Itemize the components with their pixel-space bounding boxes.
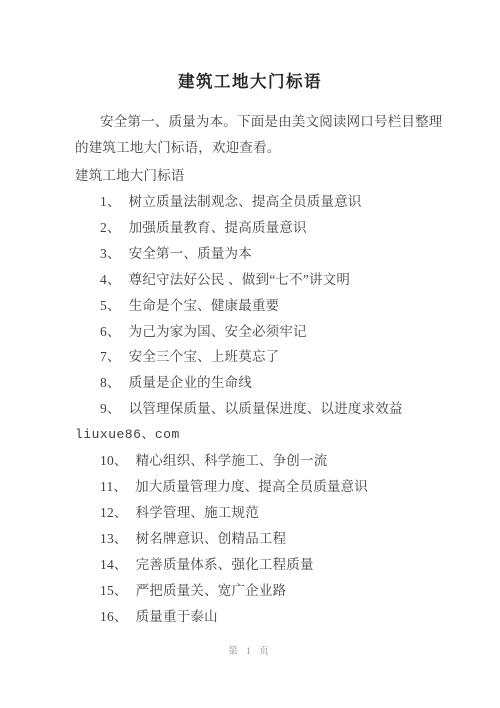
list-item-number: 10、 bbox=[100, 448, 128, 474]
list-item: 2、加强质量教育、提高质量意识 bbox=[75, 215, 470, 241]
list-item: 1、树立质量法制观念、提高全员质量意识 bbox=[75, 189, 470, 215]
list-item-text: 树名牌意识、创精品工程 bbox=[136, 531, 287, 546]
list-item: 14、完善质量体系、强化工程质量 bbox=[75, 552, 470, 578]
list-item-text: 安全三个宝、上班莫忘了 bbox=[129, 349, 280, 364]
list-item: 4、尊纪守法好公民 、做到“七不”讲文明 bbox=[75, 267, 470, 293]
document-title: 建筑工地大门标语 bbox=[0, 0, 500, 92]
list-item-text: 严把质量关、宽广企业路 bbox=[136, 583, 287, 598]
list-item-text: 质量重于泰山 bbox=[136, 609, 218, 624]
list-item: 13、树名牌意识、创精品工程 bbox=[75, 526, 470, 552]
list-item-text: 生命是个宝、健康最重要 bbox=[129, 298, 280, 313]
list-item-text: 质量是企业的生命线 bbox=[129, 375, 252, 390]
list-item: 3、安全第一、质量为本 bbox=[75, 241, 470, 267]
list-item-number: 7、 bbox=[100, 344, 121, 370]
list-item-number: 2、 bbox=[100, 215, 121, 241]
list-item: 12、科学管理、施工规范 bbox=[75, 500, 470, 526]
list-item-number: 12、 bbox=[100, 500, 128, 526]
list-item-text: 加强质量教育、提高质量意识 bbox=[129, 220, 307, 235]
list-item-text: 安全第一、质量为本 bbox=[129, 246, 252, 261]
list-item-number: 3、 bbox=[100, 241, 121, 267]
list-item-number: 5、 bbox=[100, 293, 121, 319]
list-item-number: 15、 bbox=[100, 578, 128, 604]
intro-line-2: 的建筑工地大门标语，欢迎查看。 bbox=[75, 135, 470, 161]
list-item: 5、生命是个宝、健康最重要 bbox=[75, 293, 470, 319]
list-item-text: 科学管理、施工规范 bbox=[136, 505, 259, 520]
list-item-number: 4、 bbox=[100, 267, 121, 293]
list-item-number: 1、 bbox=[100, 189, 121, 215]
list-item: 16、质量重于泰山 bbox=[75, 604, 470, 630]
list-item-number: 8、 bbox=[100, 370, 121, 396]
intro-line-1: 安全第一、质量为本。下面是由美文阅读网口号栏目整理 bbox=[75, 109, 470, 135]
list-item: 7、安全三个宝、上班莫忘了 bbox=[75, 344, 470, 370]
list-item-text: 以管理保质量、以质量保进度、以进度求效益 bbox=[129, 401, 403, 416]
list-item: 15、严把质量关、宽广企业路 bbox=[75, 578, 470, 604]
list-item-number: 14、 bbox=[100, 552, 128, 578]
document-body: 安全第一、质量为本。下面是由美文阅读网口号栏目整理 的建筑工地大门标语，欢迎查看… bbox=[75, 109, 470, 629]
watermark-note: liuxue86、com bbox=[75, 422, 470, 448]
list-item-number: 6、 bbox=[100, 319, 121, 345]
list-item-text: 尊纪守法好公民 、做到“七不”讲文明 bbox=[129, 272, 350, 287]
list-item-text: 为己为家为国、安全必须牢记 bbox=[129, 324, 307, 339]
list-item-text: 树立质量法制观念、提高全员质量意识 bbox=[129, 194, 362, 209]
list-item-number: 16、 bbox=[100, 604, 128, 630]
list-item-number: 13、 bbox=[100, 526, 128, 552]
list-item: 11、加大质量管理力度、提高全员质量意识 bbox=[75, 474, 470, 500]
page-number-footer: 第 1 页 bbox=[0, 643, 500, 657]
section-subheading: 建筑工地大门标语 bbox=[75, 163, 470, 189]
list-item: 8、质量是企业的生命线 bbox=[75, 370, 470, 396]
list-item: 6、为己为家为国、安全必须牢记 bbox=[75, 319, 470, 345]
list-item-text: 加大质量管理力度、提高全员质量意识 bbox=[135, 479, 368, 494]
document-page: 建筑工地大门标语 安全第一、质量为本。下面是由美文阅读网口号栏目整理 的建筑工地… bbox=[0, 0, 500, 708]
list-item: 10、精心组织、科学施工、争创一流 bbox=[75, 448, 470, 474]
list-item: 9、以管理保质量、以质量保进度、以进度求效益 bbox=[75, 396, 470, 422]
list-item-text: 精心组织、科学施工、争创一流 bbox=[136, 453, 328, 468]
list-item-text: 完善质量体系、强化工程质量 bbox=[136, 557, 314, 572]
list-item-number: 9、 bbox=[100, 396, 121, 422]
slogan-list: 1、树立质量法制观念、提高全员质量意识 2、加强质量教育、提高质量意识 3、安全… bbox=[75, 189, 470, 629]
intro-paragraph: 安全第一、质量为本。下面是由美文阅读网口号栏目整理 的建筑工地大门标语，欢迎查看… bbox=[75, 109, 470, 160]
list-item-number: 11、 bbox=[100, 474, 127, 500]
